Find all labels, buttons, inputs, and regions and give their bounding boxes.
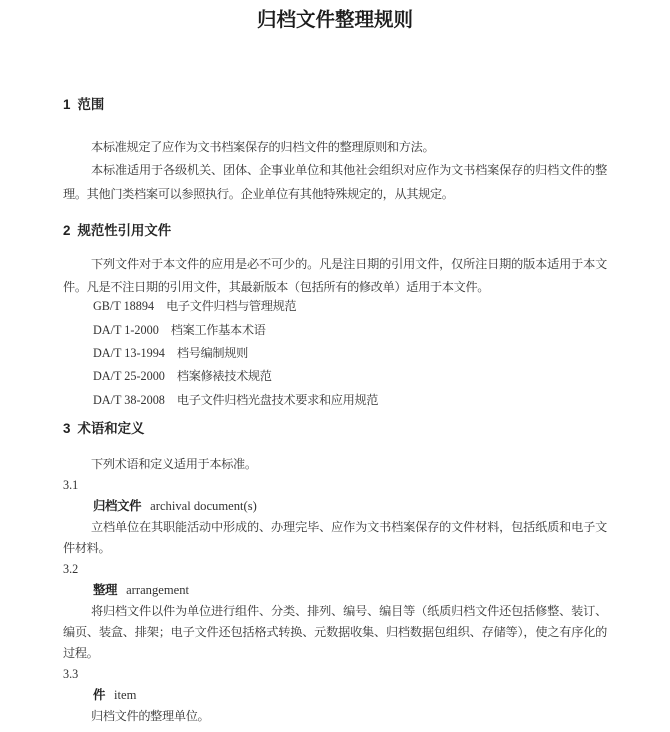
term-title: 归档文件archival document(s) (63, 496, 607, 517)
reference-item: DA/T 13-1994档号编制规则 (63, 342, 607, 365)
document-page: 归档文件整理规则 1范围 本标准规定了应作为文书档案保存的归档文件的整理原则和方… (0, 0, 670, 727)
term-chinese: 归档文件 (93, 499, 141, 513)
term-english: item (114, 688, 136, 702)
term-chinese: 整理 (93, 583, 117, 597)
section-number: 2 (63, 223, 70, 238)
paragraph: 下列术语和定义适用于本标准。 (63, 454, 607, 475)
reference-title: 档案修裱技术规范 (177, 369, 272, 383)
reference-title: 电子文件归档与管理规范 (166, 299, 296, 313)
paragraph: 本标准规定了应作为文书档案保存的归档文件的整理原则和方法。 (63, 136, 607, 159)
term-entry: 3.2 整理arrangement 将归档文件以件为单位进行组件、分类、排列、编… (63, 559, 607, 664)
reference-title: 档案工作基本术语 (171, 323, 266, 337)
reference-list: GB/T 18894电子文件归档与管理规范 DA/T 1-2000档案工作基本术… (63, 295, 607, 411)
reference-code: GB/T 18894 (93, 299, 154, 313)
section-scope-heading: 1范围 (63, 97, 607, 113)
term-title: 件item (63, 685, 607, 706)
section-terms-and-definitions-heading: 3术语和定义 (63, 421, 607, 437)
reference-title: 电子文件归档光盘技术要求和应用规范 (177, 393, 378, 407)
reference-title: 档号编制规则 (177, 346, 248, 360)
terms-block: 下列术语和定义适用于本标准。 3.1 归档文件archival document… (63, 454, 607, 727)
term-entry: 3.1 归档文件archival document(s) 立档单位在其职能活动中… (63, 475, 607, 559)
reference-code: DA/T 38-2008 (93, 393, 165, 407)
section-normative-references-heading: 2规范性引用文件 (63, 223, 607, 239)
reference-code: DA/T 25-2000 (93, 369, 165, 383)
reference-item: DA/T 25-2000档案修裱技术规范 (63, 365, 607, 388)
term-english: archival document(s) (150, 499, 257, 513)
section-heading-label: 术语和定义 (77, 421, 144, 436)
section-heading-label: 范围 (77, 97, 104, 112)
section-number: 3 (63, 421, 70, 436)
term-number: 3.1 (63, 475, 607, 496)
term-definition: 归档文件的整理单位。 (63, 706, 607, 727)
term-english: arrangement (126, 583, 189, 597)
term-number: 3.3 (63, 664, 607, 685)
term-number: 3.2 (63, 559, 607, 580)
paragraph: 下列文件对于本文件的应用是必不可少的。凡是注日期的引用文件，仅所注日期的版本适用… (63, 253, 607, 300)
section-number: 1 (63, 97, 70, 112)
term-chinese: 件 (93, 688, 105, 702)
reference-code: DA/T 13-1994 (93, 346, 165, 360)
term-definition: 将归档文件以件为单位进行组件、分类、排列、编号、编目等（纸质归档文件还包括修整、… (63, 601, 607, 664)
reference-item: DA/T 38-2008电子文件归档光盘技术要求和应用规范 (63, 389, 607, 412)
term-entry: 3.3 件item 归档文件的整理单位。 (63, 664, 607, 727)
term-definition: 立档单位在其职能活动中形成的、办理完毕、应作为文书档案保存的文件材料，包括纸质和… (63, 517, 607, 559)
reference-code: DA/T 1-2000 (93, 323, 159, 337)
section-normative-references: 2规范性引用文件 下列文件对于本文件的应用是必不可少的。凡是注日期的引用文件，仅… (63, 223, 607, 412)
term-title: 整理arrangement (63, 580, 607, 601)
paragraph: 本标准适用于各级机关、团体、企事业单位和其他社会组织对应作为文书档案保存的归档文… (63, 159, 607, 206)
section-heading-label: 规范性引用文件 (77, 223, 171, 238)
reference-item: DA/T 1-2000档案工作基本术语 (63, 319, 607, 342)
document-title: 归档文件整理规则 (63, 8, 607, 32)
section-scope: 1范围 本标准规定了应作为文书档案保存的归档文件的整理原则和方法。 本标准适用于… (63, 97, 607, 206)
section-terms-and-definitions: 3术语和定义 下列术语和定义适用于本标准。 3.1 归档文件archival d… (63, 421, 607, 727)
